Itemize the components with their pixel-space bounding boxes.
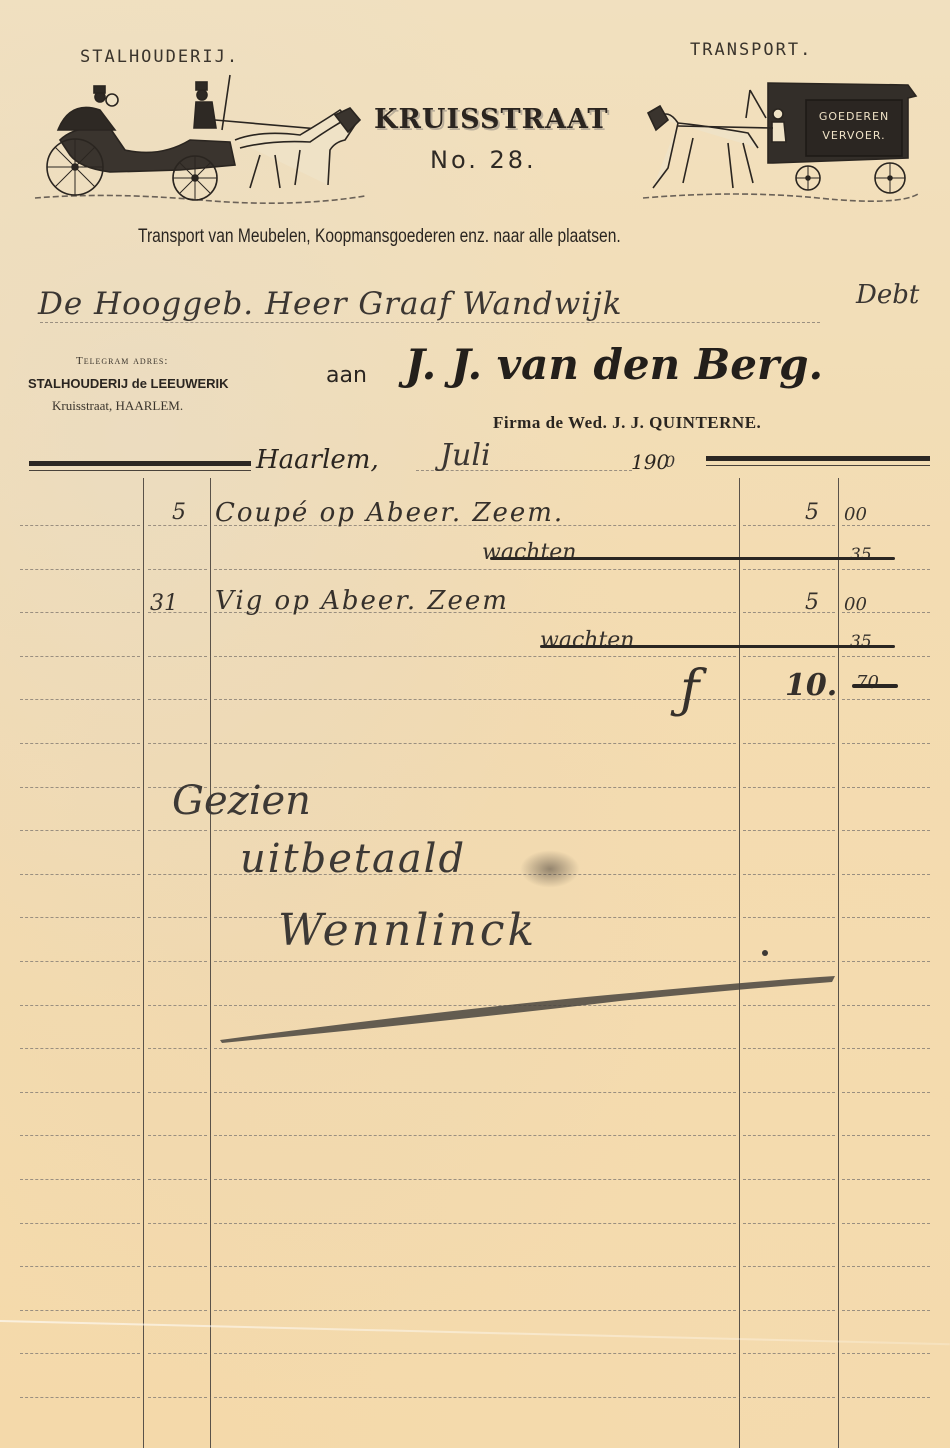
annotation-signature: Wennlinck <box>278 905 537 956</box>
ledger-rule-segment <box>743 1179 835 1180</box>
ledger-rule-segment <box>214 1266 736 1267</box>
ledger-rule-segment <box>148 1223 207 1224</box>
ledger-rule-segment <box>148 1005 207 1006</box>
total-cents: 70 <box>856 672 879 693</box>
ledger-rule-segment <box>148 569 207 570</box>
ledger-rule-segment <box>20 1135 140 1136</box>
annotation-seen: Gezien <box>172 778 311 824</box>
ledger-rule-segment <box>743 917 835 918</box>
ledger-rule-segment <box>743 1048 835 1049</box>
ledger-rule-segment <box>743 1353 835 1354</box>
delivery-wagon-illustration-icon: GOEDEREN VERVOER. <box>638 78 920 206</box>
ledger-rule-segment <box>743 874 835 875</box>
ledger-rule-segment <box>148 961 207 962</box>
ledger-rule-segment <box>743 1135 835 1136</box>
ledger-rule-segment <box>842 1135 930 1136</box>
entry-description: Vig op Abeer. Zeem <box>215 586 509 616</box>
total-guilders: 10. <box>785 668 837 703</box>
ledger-rule-segment <box>743 612 835 613</box>
ledger-rule-segment <box>743 1223 835 1224</box>
telegram-name: STALHOUDERIJ de LEEUWERIK <box>28 376 229 391</box>
annotation-paid: uitbetaald <box>240 836 466 882</box>
street-name: KRUISSTRAAT <box>374 104 609 135</box>
ledger-rule-segment <box>214 1223 736 1224</box>
column-divider-day <box>143 478 144 1448</box>
entry-day: 5 <box>172 500 186 525</box>
signature-dot <box>762 950 768 956</box>
entry-cents: 00 <box>844 504 867 525</box>
date-rule-left-thick <box>29 461 251 466</box>
ledger-rule-segment <box>148 656 207 657</box>
addressee-handwritten: De Hooggeb. Heer Graaf Wandwijk <box>38 286 623 322</box>
ledger-rule-segment <box>842 699 930 700</box>
column-divider-guilders <box>739 478 740 1448</box>
ledger-rule-segment <box>148 1397 207 1398</box>
ledger-rule-segment <box>743 830 835 831</box>
ledger-rule-segment <box>842 1397 930 1398</box>
ledger-rule-segment <box>842 830 930 831</box>
ledger-rule-segment <box>214 961 736 962</box>
ledger-rule-segment <box>743 1092 835 1093</box>
ledger-rule-segment <box>842 743 930 744</box>
ledger-rule-segment <box>20 1223 140 1224</box>
guilder-symbol: ƒ <box>680 660 699 720</box>
entry-description: wachten <box>482 540 576 565</box>
ledger-rule-segment <box>20 1353 140 1354</box>
ledger-rule-segment <box>148 1266 207 1267</box>
ledger-rule-segment <box>743 525 835 526</box>
ledger-rule-segment <box>214 1048 736 1049</box>
house-number: No. 28. <box>430 146 537 174</box>
ledger-rule-segment <box>842 1353 930 1354</box>
stalhouderij-caption: STALHOUDERIJ. <box>80 47 239 67</box>
ledger-rule-segment <box>214 656 736 657</box>
ledger-rule-segment <box>743 1266 835 1267</box>
month-handwritten: Juli <box>440 438 491 473</box>
total-cents-strikethrough <box>852 684 898 688</box>
ledger-rule-segment <box>743 743 835 744</box>
ledger-rule-segment <box>842 656 930 657</box>
ledger-rule-segment <box>148 1092 207 1093</box>
ledger-rule-segment <box>20 917 140 918</box>
ledger-rule-segment <box>20 1179 140 1180</box>
ledger-rule-segment <box>842 787 930 788</box>
ink-blot <box>520 850 580 888</box>
ledger-rule-segment <box>214 1310 736 1311</box>
ledger-rule-segment <box>842 961 930 962</box>
wagon-sign-line1: GOEDEREN <box>819 110 889 123</box>
ledger-rule-segment <box>743 1397 835 1398</box>
strikethrough-line <box>540 645 895 648</box>
ledger-rule-segment <box>20 699 140 700</box>
ledger-rule-segment <box>842 525 930 526</box>
ledger-rule-segment <box>214 743 736 744</box>
addressee-line <box>40 322 820 323</box>
date-rule-right-thin <box>706 465 930 466</box>
transport-caption: TRANSPORT. <box>690 40 812 60</box>
wagon-sign-line2: VERVOER. <box>822 129 885 142</box>
tagline: Transport van Meubelen, Koopmansgoederen… <box>138 226 621 248</box>
ledger-rule-segment <box>20 525 140 526</box>
column-divider-description <box>210 478 211 1448</box>
ledger-rule-segment <box>214 699 736 700</box>
ledger-rule-segment <box>743 569 835 570</box>
ledger-rule-segment <box>148 743 207 744</box>
entry-cents: 00 <box>844 594 867 615</box>
ledger-rule-segment <box>20 1397 140 1398</box>
ledger-rule-segment <box>20 830 140 831</box>
ledger-rule-segment <box>842 874 930 875</box>
ledger-rule-segment <box>148 1179 207 1180</box>
entry-guilders: 5 <box>805 500 819 525</box>
signature-underline-stroke <box>210 968 840 1048</box>
ledger-rule-segment <box>842 1223 930 1224</box>
ledger-rule-segment <box>20 569 140 570</box>
ledger-rule-segment <box>148 1353 207 1354</box>
ledger-rule-segment <box>214 1179 736 1180</box>
telegram-label: Telegram adres: <box>76 355 168 367</box>
ledger-rule-segment <box>743 961 835 962</box>
ledger-rule-segment <box>743 1310 835 1311</box>
ledger-rule-segment <box>214 830 736 831</box>
ledger-rule-segment <box>20 1092 140 1093</box>
ledger-rule-segment <box>148 917 207 918</box>
aan-label: aan <box>326 363 367 388</box>
ledger-rule-segment <box>20 656 140 657</box>
carriage-illustration-icon <box>30 70 370 210</box>
ledger-rule-segment <box>842 1092 930 1093</box>
city-label: Haarlem, <box>256 445 379 475</box>
ledger-rule-segment <box>214 1353 736 1354</box>
ledger-rule-segment <box>20 1005 140 1006</box>
ledger-rule-segment <box>842 1005 930 1006</box>
firm-name: J. J. van den Berg. <box>405 340 823 389</box>
column-divider-cents <box>838 478 839 1448</box>
date-rule-right-thick <box>706 456 930 461</box>
ledger-rule-segment <box>214 569 736 570</box>
telegram-address: Kruisstraat, HAARLEM. <box>52 398 183 414</box>
ledger-rule-segment <box>148 874 207 875</box>
ledger-rule-segment <box>20 1048 140 1049</box>
ledger-rule-segment <box>743 656 835 657</box>
ledger-rule-segment <box>842 1310 930 1311</box>
entry-description: Coupé op Abeer. Zeem. <box>215 498 564 528</box>
ledger-rule-segment <box>148 1135 207 1136</box>
ledger-rule-segment <box>842 1048 930 1049</box>
entry-description: wachten <box>540 628 634 653</box>
firm-subtitle: Firma de Wed. J. J. QUINTERNE. <box>493 413 761 433</box>
ledger-rule-segment <box>842 1179 930 1180</box>
ledger-rule-segment <box>20 612 140 613</box>
ledger-rule-segment <box>842 917 930 918</box>
ledger-rule-segment <box>20 787 140 788</box>
entry-cents: 35 <box>850 545 872 565</box>
ledger-rule-segment <box>214 1397 736 1398</box>
ledger-rule-segment <box>148 525 207 526</box>
year-printed: 190 <box>631 450 669 474</box>
ledger-rule-segment <box>20 874 140 875</box>
ledger-rule-segment <box>148 830 207 831</box>
ledger-rule-segment <box>148 1048 207 1049</box>
ledger-rule-segment <box>214 1092 736 1093</box>
ledger-rule-segment <box>842 569 930 570</box>
year-handwritten: 0 <box>665 452 675 471</box>
ledger-rule-segment <box>20 1310 140 1311</box>
debtor-label: Debt <box>856 280 919 310</box>
ledger-rule-segment <box>20 961 140 962</box>
date-rule-left-thin <box>29 470 251 471</box>
ledger-rule-segment <box>148 699 207 700</box>
ledger-rule-segment <box>20 1266 140 1267</box>
entry-day: 31 <box>150 591 178 616</box>
ledger-rule-segment <box>214 1135 736 1136</box>
ledger-rule-segment <box>20 743 140 744</box>
ledger-rule-segment <box>842 1266 930 1267</box>
strikethrough-line <box>490 557 895 560</box>
entry-guilders: 5 <box>805 590 819 615</box>
entry-cents: 35 <box>850 632 872 652</box>
ledger-rule-segment <box>743 787 835 788</box>
ledger-rule-segment <box>148 1310 207 1311</box>
